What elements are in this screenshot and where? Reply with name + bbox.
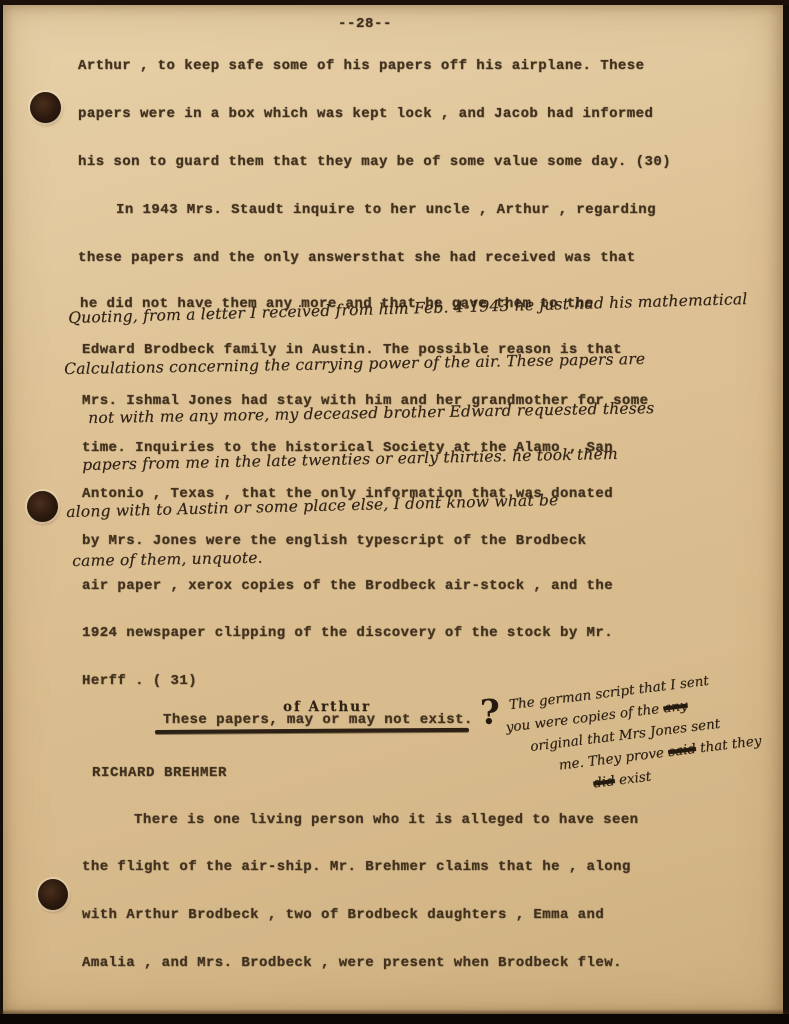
typed-line: air paper , xerox copies of the Brodbeck… [82,578,613,595]
scan-edge-bottom [0,1014,789,1024]
typed-line: In 1943 Mrs. Staudt inquire to her uncle… [116,202,656,219]
handwritten-note: came of them, unquote. [72,549,263,571]
typed-line: the flight of the air-ship. Mr. Brehmer … [82,859,631,876]
scanned-document-page: --28-- Arthur , to keep safe some of his… [0,0,789,1024]
punch-hole [27,491,58,522]
punch-hole [38,879,68,910]
typed-line: Herff . ( 31) [82,673,197,690]
page-number: --28-- [338,16,392,33]
scan-edge-top [0,0,789,5]
typed-line: 1924 newspaper clipping of the discovery… [82,625,613,642]
typed-line: Amalia , and Mrs. Brodbeck , were presen… [82,955,622,972]
typed-line: with Arthur Brodbeck , two of Brodbeck d… [82,907,604,924]
question-mark: ? [480,692,501,732]
typed-line: by Mrs. Jones were the english typescrip… [82,533,587,550]
typed-line-underlined: These papers, may or may not exist. [163,712,473,729]
typed-line: his son to guard them that they may be o… [78,154,671,171]
typed-line: Arthur , to keep safe some of his papers… [78,58,645,75]
typed-line: papers were in a box which was kept lock… [78,106,653,123]
punch-hole [30,92,61,123]
typed-line: these papers and the only answersthat sh… [78,250,636,267]
typed-line: There is one living person who it is all… [134,812,639,829]
section-heading-richard-brehmer: RICHARD BREHMER [92,765,227,782]
